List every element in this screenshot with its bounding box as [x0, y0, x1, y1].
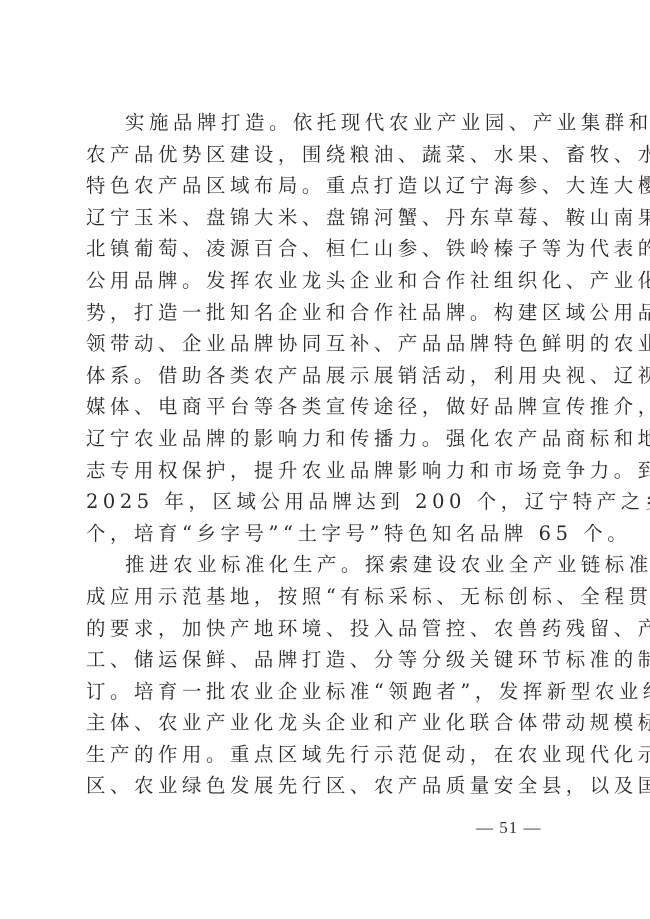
text-line: 的要求，加快产地环境、投入品管控、农兽药残留、产品加 [86, 613, 570, 645]
text-line: 生产的作用。重点区域先行示范促动，在农业现代化示范 [86, 739, 570, 771]
text-line: 体系。借助各类农产品展示展销活动，利用央视、辽视、新 [86, 360, 570, 392]
text-line: 公用品牌。发挥农业龙头企业和合作社组织化、产业化优 [86, 265, 570, 297]
text-line: 主体、农业产业化龙头企业和产业化联合体带动规模标准化 [86, 707, 570, 739]
document-page: 实施品牌打造。依托现代农业产业园、产业集群和特色农产品优势区建设，围绕粮油、蔬菜… [0, 0, 650, 919]
text-line: 推进农业标准化生产。探索建设农业全产业链标准化集 [86, 549, 570, 581]
text-line: 媒体、电商平台等各类宣传途径，做好品牌宣传推介，扩大 [86, 391, 570, 423]
text-line: 成应用示范基地，按照“有标采标、无标创标、全程贯标” [86, 581, 570, 613]
text-line: 特色农产品区域布局。重点打造以辽宁海参、大连大樱桃、 [86, 170, 570, 202]
text-line: 农产品优势区建设，围绕粮油、蔬菜、水果、畜牧、水产和 [86, 139, 570, 171]
text-line: 领带动、企业品牌协同互补、产品品牌特色鲜明的农业品牌 [86, 328, 570, 360]
paragraph-standardized-production: 推进农业标准化生产。探索建设农业全产业链标准化集成应用示范基地，按照“有标采标、… [86, 549, 570, 802]
text-line: 辽宁玉米、盘锦大米、盘锦河蟹、丹东草莓、鞍山南果梨、 [86, 202, 570, 234]
body-text: 实施品牌打造。依托现代农业产业园、产业集群和特色农产品优势区建设，围绕粮油、蔬菜… [86, 107, 570, 802]
paragraph-brand-building: 实施品牌打造。依托现代农业产业园、产业集群和特色农产品优势区建设，围绕粮油、蔬菜… [86, 107, 570, 549]
text-line: 志专用权保护，提升农业品牌影响力和市场竞争力。到 [86, 455, 570, 487]
text-line: 工、储运保鲜、品牌打造、分等分级关键环节标准的制修 [86, 644, 570, 676]
text-line: 订。培育一批农业企业标准“领跑者”，发挥新型农业经营 [86, 676, 570, 708]
text-line: 实施品牌打造。依托现代农业产业园、产业集群和特色 [86, 107, 570, 139]
text-line: 区、农业绿色发展先行区、农产品质量安全县，以及国家现 [86, 770, 570, 802]
page-number: — 51 — [476, 818, 542, 838]
text-line: 北镇葡萄、凌源百合、桓仁山参、铁岭榛子等为代表的区域 [86, 233, 570, 265]
text-line: 2025 年，区域公用品牌达到 200 个，辽宁特产之乡达到 300 [86, 486, 570, 518]
text-line: 个，培育“乡字号”“土字号”特色知名品牌 65 个。 [86, 518, 570, 550]
text-line: 辽宁农业品牌的影响力和传播力。强化农产品商标和地理标 [86, 423, 570, 455]
text-line: 势，打造一批知名企业和合作社品牌。构建区域公用品牌引 [86, 297, 570, 329]
